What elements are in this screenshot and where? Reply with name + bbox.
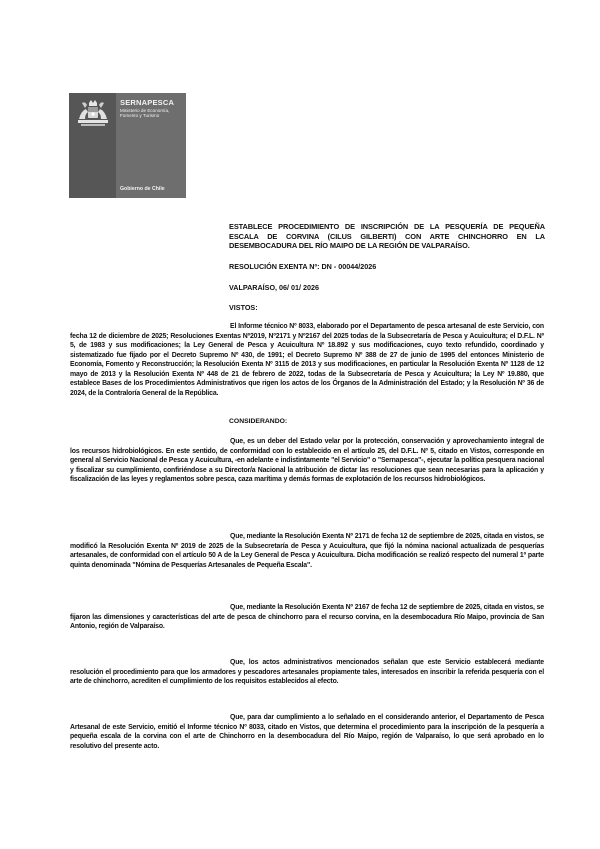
- logo-crest-panel: [69, 93, 116, 198]
- vistos-heading: VISTOS:: [229, 303, 258, 312]
- considerando-text: Que, mediante la Resolución Exenta Nº 21…: [70, 533, 544, 569]
- considerando-text: Que, es un deber del Estado velar por la…: [70, 438, 544, 483]
- document-title: ESTABLECE PROCEDIMIENTO DE INSCRIPCIÓN D…: [229, 222, 545, 251]
- considerando-paragraph: Que, mediante la Resolución Exenta Nº 21…: [70, 603, 544, 632]
- considerando-paragraph: Que, es un deber del Estado velar por la…: [70, 437, 544, 485]
- considerando-paragraph: Que, para dar cumplimiento a lo señalado…: [70, 713, 544, 751]
- resolution-number: RESOLUCIÓN EXENTA Nº: DN - 00044/2026: [229, 262, 376, 271]
- vistos-paragraph: El Informe técnico Nº 8033, elaborado po…: [70, 322, 544, 398]
- ministry-name: Ministerio de Economía, Fomento y Turism…: [120, 108, 186, 118]
- considerando-text: Que, para dar cumplimiento a lo señalado…: [70, 714, 544, 750]
- considerando-paragraph: Que, mediante la Resolución Exenta Nº 21…: [70, 532, 544, 570]
- government-label: Gobierno de Chile: [120, 186, 165, 192]
- considerando-text: Que, mediante la Resolución Exenta Nº 21…: [70, 604, 544, 630]
- vistos-text: El Informe técnico Nº 8033, elaborado po…: [70, 323, 544, 397]
- considerando-text: Que, los actos administrativos mencionad…: [70, 659, 544, 685]
- chile-coat-of-arms-icon: [75, 99, 111, 129]
- considerando-heading: CONSIDERANDO:: [229, 418, 287, 425]
- place-date: VALPARAÍSO, 06/ 01/ 2026: [229, 283, 319, 292]
- sernapesca-logo: SERNAPESCA Ministerio de Economía, Fomen…: [69, 93, 186, 198]
- brand-name: SERNAPESCA: [120, 98, 174, 107]
- considerando-paragraph: Que, los actos administrativos mencionad…: [70, 658, 544, 687]
- logo-text-panel: SERNAPESCA Ministerio de Economía, Fomen…: [116, 93, 186, 198]
